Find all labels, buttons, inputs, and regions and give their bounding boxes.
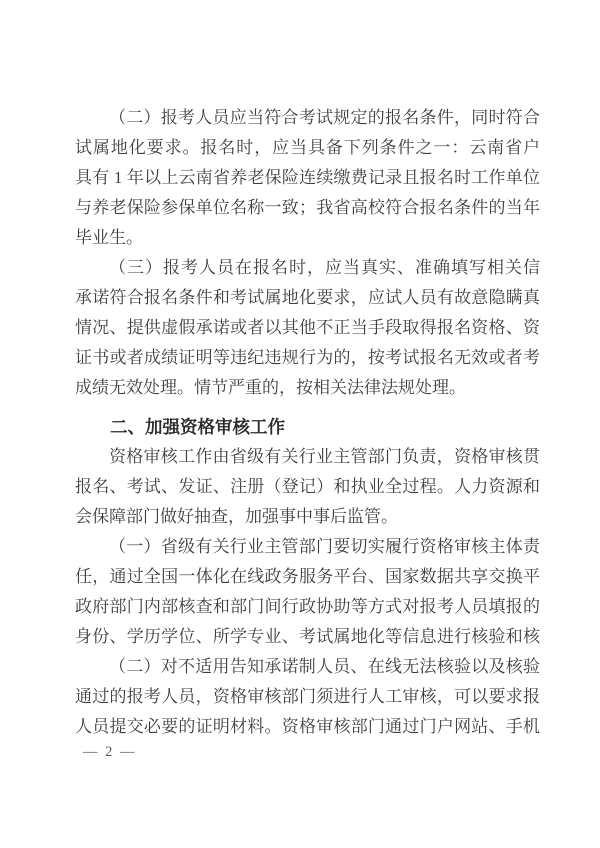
text-line: 身份、学历学位、所学专业、考试属地化等信息进行核验和核查。	[75, 622, 540, 652]
text-line: 报名、考试、发证、注册（登记）和执业全过程。人力资源和社	[75, 472, 540, 502]
text-line: 承诺符合报名条件和考试属地化要求，应试人员有故意隐瞒真实	[75, 283, 540, 313]
text-line: 成绩无效处理。情节严重的，按相关法律法规处理。	[75, 373, 540, 403]
text-line: 试属地化要求。报名时，应当具备下列条件之一：云南省户籍；	[75, 133, 540, 163]
text-line: （二）对不适用告知承诺制人员、在线无法核验以及核验不	[75, 652, 540, 682]
text-line: 证书或者成绩证明等违纪违规行为的，按考试报名无效或者考试	[75, 343, 540, 373]
text-line: 任，通过全国一体化在线政务服务平台、国家数据共享交换平台、	[75, 562, 540, 592]
document-body: （二）报考人员应当符合考试规定的报名条件，同时符合考试属地化要求。报名时，应当具…	[75, 103, 540, 742]
text-line: 人员提交必要的证明材料。资格审核部门通过门户网站、手机短	[75, 712, 540, 742]
text-line: 具有 1 年以上云南省养老保险连续缴费记录且报名时工作单位	[75, 163, 540, 193]
page-number: — 2 —	[83, 743, 137, 761]
text-line: 政府部门内部核查和部门间行政协助等方式对报考人员填报的	[75, 592, 540, 622]
text-line: 与养老保险参保单位名称一致；我省高校符合报名条件的当年度	[75, 193, 540, 223]
text-line: 情况、提供虚假承诺或者以其他不正当手段取得报名资格、资格	[75, 313, 540, 343]
text-line: 通过的报考人员，资格审核部门须进行人工审核，可以要求报考	[75, 682, 540, 712]
text-line: 会保障部门做好抽查，加强事中事后监管。	[75, 502, 540, 532]
text-line: 毕业生。	[75, 223, 540, 253]
document-page: （二）报考人员应当符合考试规定的报名条件，同时符合考试属地化要求。报名时，应当具…	[0, 0, 600, 848]
text-line: （一）省级有关行业主管部门要切实履行资格审核主体责	[75, 532, 540, 562]
text-line: （三）报考人员在报名时，应当真实、准确填写相关信息，	[75, 253, 540, 283]
text-line: 资格审核工作由省级有关行业主管部门负责，资格审核贯穿	[75, 442, 540, 472]
section-heading: 二、加强资格审核工作	[75, 412, 540, 442]
text-line: （二）报考人员应当符合考试规定的报名条件，同时符合考	[75, 103, 540, 133]
